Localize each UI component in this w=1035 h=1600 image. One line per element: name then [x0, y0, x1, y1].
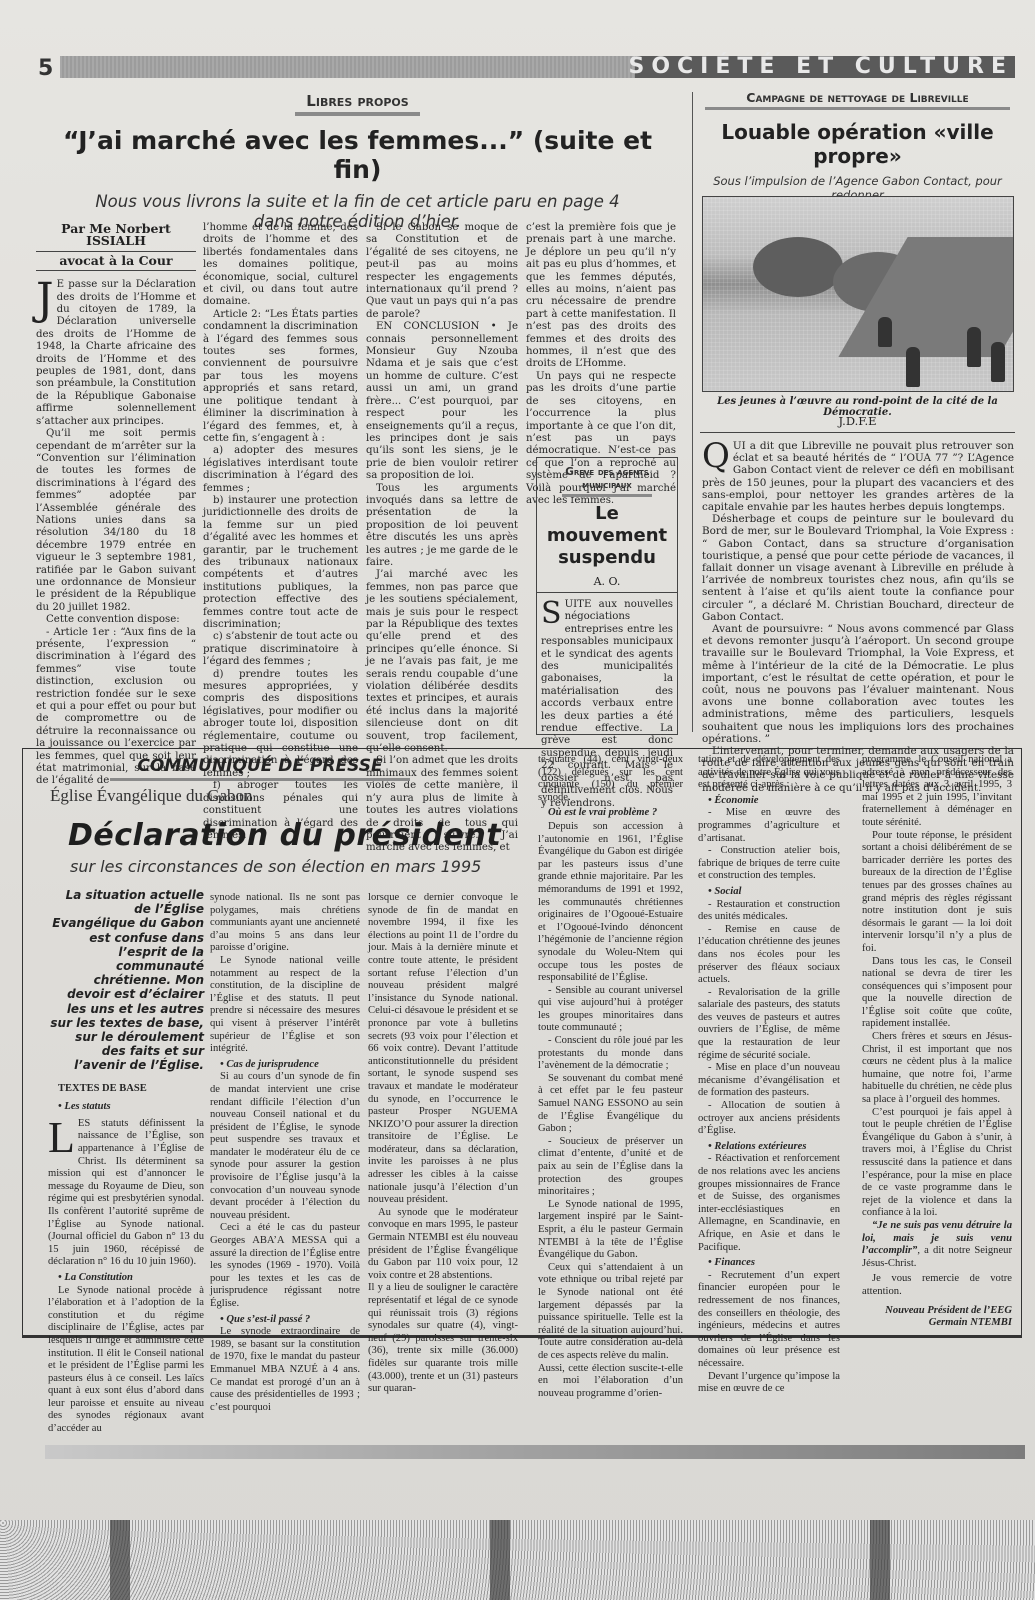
- communique-col-2: synode national. Ils ne sont pas polygam…: [210, 892, 360, 1414]
- communique-headline: Déclaration du président: [68, 818, 501, 853]
- subhead-jurisprudence: • Cas de jurisprudence: [210, 1059, 360, 1072]
- subhead-finances: • Finances: [698, 1257, 840, 1270]
- column-divider: [692, 92, 693, 732]
- photo-person: [967, 327, 981, 367]
- communique-organization: Église Évangélique du Gabon: [50, 786, 253, 806]
- subhead-relations-exterieures: • Relations extérieures: [698, 1141, 840, 1154]
- article-campagne-body: QUI a dit que Libreville ne pouvait plus…: [702, 440, 1014, 794]
- signature-name: Germain NTEMBI: [862, 1317, 1012, 1330]
- communique-deck: sur les circonstances de son élection en…: [70, 857, 481, 876]
- subhead-constitution: • La Constitution: [48, 1272, 204, 1285]
- article-femmes-col-1: Par Me Norbert ISSIALH avocat à la Cour …: [36, 220, 196, 788]
- photo-tree: [753, 237, 843, 297]
- communique-col-4: te-quatre (44), cent vingt-deux (122) dé…: [538, 754, 683, 1400]
- byline-campagne: J.D.F.E: [700, 414, 1015, 433]
- signature-title: Nouveau Président de l’EEG: [862, 1305, 1012, 1318]
- dropcap-s: S: [541, 601, 562, 627]
- headline-greve: Le mouvement suspendu: [537, 503, 677, 569]
- section-textes-de-base: TEXTES DE BASE: [58, 1083, 204, 1096]
- photo-person: [878, 317, 892, 347]
- subhead-vrai-probleme: Où est le vrai problème ?: [538, 807, 683, 820]
- byline-name: Par Me Norbert ISSIALH: [36, 220, 196, 252]
- communique-col-6: programme, le Conseil national a adressé…: [862, 754, 1012, 1330]
- photo-youth-cleaning: [702, 196, 1014, 392]
- subhead-que-sest-il-passe: • Que s’est-il passé ?: [210, 1314, 360, 1327]
- dropcap-j: J: [36, 281, 54, 319]
- rubric-communique: COMMUNIQUÉ DE PRESSE: [100, 756, 420, 776]
- page-footer-bar: [45, 1445, 1025, 1459]
- rubric-underline: [562, 494, 652, 497]
- subhead-social: • Social: [698, 886, 840, 899]
- rubric-underline: [295, 112, 420, 116]
- subhead-statuts: • Les statuts: [48, 1101, 204, 1114]
- rubric-underline: [705, 107, 1010, 110]
- subhead-economie: • Économie: [698, 795, 840, 808]
- dropcap-l: L: [48, 1120, 75, 1156]
- photo-person: [991, 342, 1005, 382]
- rubric-libres-propos: Libres propos: [40, 92, 675, 110]
- greve-box: Greve des agents municipaux Le mouvement…: [536, 457, 678, 735]
- rubric-underline: [110, 778, 410, 781]
- byline-role: avocat à la Cour: [36, 252, 196, 271]
- headline-campagne: Louable opération «ville propre»: [700, 120, 1015, 168]
- libres-propos-header: Libres propos “J’ai marché avec les femm…: [40, 92, 675, 232]
- communique-col-3: lorsque ce dernier convoque le synode de…: [368, 892, 518, 1396]
- rubric-greve: Greve des agents municipaux: [537, 466, 677, 492]
- rubric-campagne: Campagne de nettoyage de Libreville: [700, 90, 1015, 105]
- newspaper-page: 5 SOCIÉTÉ ET CULTURE Libres propos “J’ai…: [0, 0, 1035, 1600]
- communique-chapo: La situation actuelle de l’Église Evangé…: [48, 888, 204, 1073]
- scan-noise-area: [0, 1520, 1035, 1600]
- communique-rubric-wrap: COMMUNIQUÉ DE PRESSE: [100, 756, 420, 781]
- headline-femmes: “J’ai marché avec les femmes...” (suite …: [40, 126, 675, 184]
- byline-greve: A. O.: [537, 575, 677, 593]
- communique-col-5: tation et de développement des activités…: [698, 754, 840, 1396]
- page-number: 5: [38, 56, 53, 81]
- dropcap-q: Q: [702, 442, 730, 470]
- section-title: SOCIÉTÉ ET CULTURE: [628, 54, 1013, 79]
- communique-col-1: La situation actuelle de l’Église Evangé…: [48, 888, 204, 1436]
- photo-person: [906, 347, 920, 387]
